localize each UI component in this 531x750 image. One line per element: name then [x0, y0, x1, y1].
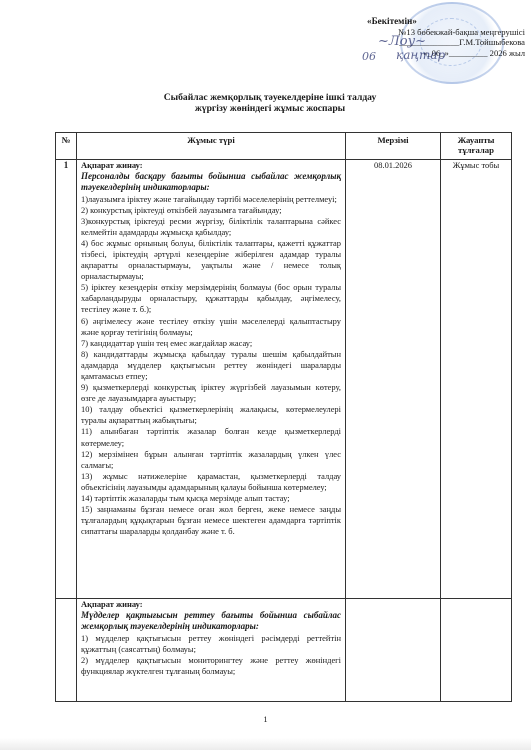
responsible-cell: Жұмыс тобы	[441, 160, 512, 599]
deadline-cell: 08.01.2026	[346, 160, 441, 599]
indicator-item: 15) заңнаманы бұзған немесе оған жол бер…	[81, 504, 341, 537]
indicator-item: 14) тәртіптік жазаларды тым қысқа мерзім…	[81, 493, 341, 504]
handwritten-day: 06	[362, 50, 376, 63]
row-number	[56, 599, 77, 702]
indicator-item: 1) мүдделер қақтығысын реттеу жөніндегі …	[81, 633, 341, 655]
indicator-item: 4) бос жұмыс орнының болуы, біліктілік т…	[81, 238, 341, 282]
section-subtitle: Персоналды басқару бағыты бойынша сыбайл…	[81, 171, 341, 193]
indicator-item: 1)лауазымға іріктеу және тағайындау тәрт…	[81, 194, 341, 205]
approval-title: «Бекітемін»	[355, 16, 525, 27]
indicator-item: 2) мүдделер қақтығысын мониторингтеу жән…	[81, 655, 341, 677]
document-title: Сыбайлас жемқорлық тәуекелдеріне ішкі та…	[80, 92, 460, 114]
responsible-cell	[441, 599, 512, 702]
work-description: Ақпарат жинау:Мүдделер қақтығысын реттеу…	[77, 599, 346, 702]
indicator-item: 3)конкурстық іріктеуді ресми жүргізу, бі…	[81, 216, 341, 238]
table-row: 1Ақпарат жинау:Персоналды басқару бағыты…	[56, 160, 512, 599]
title-line-2: жүргізу жөніндегі жұмыс жоспары	[80, 103, 460, 114]
indicator-item: 6) әңгімелесу және тестілеу өткізу үшін …	[81, 316, 341, 338]
deadline-cell	[346, 599, 441, 702]
row-number: 1	[56, 160, 77, 599]
indicator-item: 10) талдау объектісі қызметкерлерінің жа…	[81, 404, 341, 426]
indicator-item: 12) мерзімінен бұрын алынған тәртіптік ж…	[81, 449, 341, 471]
indicator-item: 7) кандидаттар үшін тең емес жағдайлар ж…	[81, 338, 341, 349]
indicator-item: 13) жұмыс нәтижелеріне қарамастан, қызме…	[81, 471, 341, 493]
handwritten-signature: ~Лоу~	[378, 34, 426, 49]
indicator-item: 5) іріктеу кезеңдерін өткізу мерзімдерін…	[81, 282, 341, 315]
header-work-type: Жұмыс түрі	[77, 133, 346, 160]
indicator-item: 8) кандидаттарды жұмысқа қабылдау туралы…	[81, 349, 341, 382]
table-row: Ақпарат жинау:Мүдделер қақтығысын реттеу…	[56, 599, 512, 702]
scan-bottom-edge	[0, 738, 531, 750]
header-deadline: Мерзімі	[346, 133, 441, 160]
header-number: №	[56, 133, 77, 160]
handwritten-month: қаңтар	[396, 48, 445, 62]
header-responsible: Жауапты тұлғалар	[441, 133, 512, 160]
indicator-item: 9) қызметкерлерді конкурстық іріктеу жүр…	[81, 382, 341, 404]
page-number: 1	[0, 714, 531, 724]
indicator-item: 11) алынбаған тәртіптік жазалар болған к…	[81, 426, 341, 448]
section-subtitle: Мүдделер қақтығысын реттеу бағыты бойынш…	[81, 610, 341, 632]
work-description: Ақпарат жинау:Персоналды басқару бағыты …	[77, 160, 346, 599]
title-line-1: Сыбайлас жемқорлық тәуекелдеріне ішкі та…	[80, 92, 460, 103]
section-title: Ақпарат жинау:	[81, 160, 341, 171]
work-plan-table: № Жұмыс түрі Мерзімі Жауапты тұлғалар 1А…	[55, 132, 512, 702]
indicator-item: 2) конкурстық іріктеуді өткізбей лауазым…	[81, 205, 341, 216]
table-header-row: № Жұмыс түрі Мерзімі Жауапты тұлғалар	[56, 133, 512, 160]
section-title: Ақпарат жинау:	[81, 599, 341, 610]
